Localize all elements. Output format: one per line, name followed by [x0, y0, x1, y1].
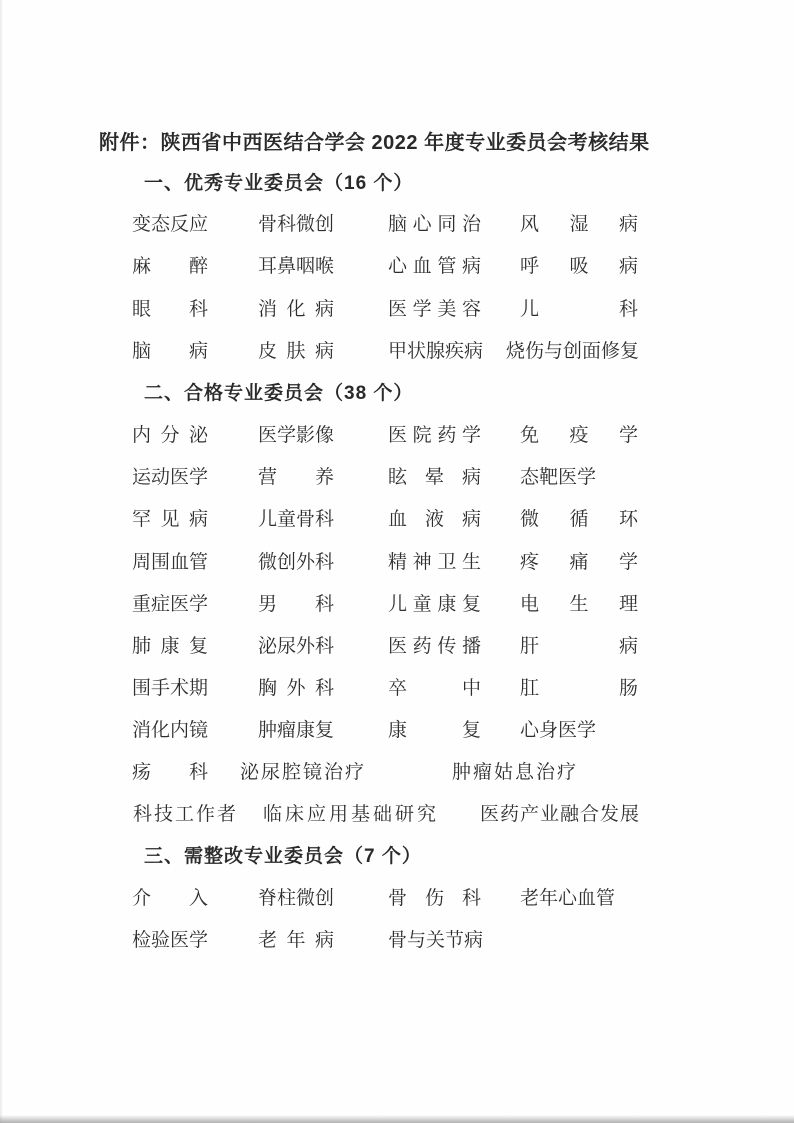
- committee-name: 周围血管: [132, 547, 208, 574]
- committee-name: 骨与关节病: [388, 925, 483, 952]
- document-page: 附件：陕西省中西医结合学会 2022 年度专业委员会考核结果 一、优秀专业委员会…: [0, 0, 794, 1123]
- section-heading-qualified: 二、合格专业委员会（38 个）: [144, 378, 764, 404]
- committee-name: 肿瘤康复: [258, 715, 334, 742]
- committee-name: 微循环: [520, 504, 638, 531]
- committee-name: 脑心同治: [388, 209, 481, 236]
- committee-name: 老年病: [258, 925, 334, 952]
- table-row: 内分泌 医学影像 医院药学 免疫学: [0, 420, 794, 446]
- committee-name: 心身医学: [520, 715, 596, 742]
- committee-name: 肿瘤姑息治疗: [452, 757, 578, 784]
- committee-name: 儿童骨科: [258, 504, 334, 531]
- scan-edge-artifact: [0, 1115, 794, 1123]
- table-row: 消化内镜 肿瘤康复 康复 心身医学: [0, 715, 794, 741]
- committee-name: 眼科: [132, 294, 208, 321]
- committee-name: 临床应用基础研究: [263, 799, 439, 826]
- table-row: 脑病 皮肤病 甲状腺疾病 烧伤与创面修复: [0, 336, 794, 362]
- committee-name: 男科: [258, 589, 334, 616]
- committee-name: 变态反应: [132, 209, 208, 236]
- committee-name: 儿童康复: [388, 589, 481, 616]
- committee-name: 重症医学: [132, 589, 208, 616]
- committee-name: 胸外科: [258, 673, 334, 700]
- committee-name: 介入: [132, 883, 208, 910]
- committee-name: 免疫学: [520, 420, 638, 447]
- committee-name: 泌尿外科: [258, 631, 334, 658]
- scan-edge-artifact: [0, 0, 3, 1123]
- table-row: 麻醉 耳鼻咽喉 心血管病 呼吸病: [0, 251, 794, 277]
- committee-name: 卒中: [388, 673, 481, 700]
- table-row: 罕见病 儿童骨科 血液病 微循环: [0, 504, 794, 530]
- committee-name: 医院药学: [388, 420, 481, 447]
- table-row: 运动医学 营养 眩晕病 态靶医学: [0, 462, 794, 488]
- committee-name: 微创外科: [258, 547, 334, 574]
- table-row: 眼科 消化病 医学美容 儿科: [0, 294, 794, 320]
- committee-name: 医药产业融合发展: [480, 799, 640, 826]
- committee-name: 医药传播: [388, 631, 481, 658]
- table-row: 重症医学 男科 儿童康复 电生理: [0, 589, 794, 615]
- committee-name: 风湿病: [520, 209, 638, 236]
- committee-name: 麻醉: [132, 251, 208, 278]
- committee-name: 医学影像: [258, 420, 334, 447]
- table-row: 肺康复 泌尿外科 医药传播 肝病: [0, 631, 794, 657]
- committee-name: 泌尿腔镜治疗: [240, 757, 366, 784]
- committee-name: 精神卫生: [388, 547, 481, 574]
- committee-name: 肺康复: [132, 631, 208, 658]
- page-title: 附件：陕西省中西医结合学会 2022 年度专业委员会考核结果: [99, 126, 759, 152]
- committee-name: 脊柱微创: [258, 883, 334, 910]
- table-row: 变态反应 骨科微创 脑心同治 风湿病: [0, 209, 794, 235]
- committee-name: 态靶医学: [520, 462, 596, 489]
- committee-name: 脑病: [132, 336, 208, 363]
- committee-name: 骨伤科: [388, 883, 481, 910]
- committee-name: 围手术期: [132, 673, 208, 700]
- table-row: 周围血管 微创外科 精神卫生 疼痛学: [0, 547, 794, 573]
- committee-name: 科技工作者: [133, 799, 238, 826]
- committee-name: 肛肠: [520, 673, 638, 700]
- committee-name: 耳鼻咽喉: [258, 251, 334, 278]
- committee-name: 消化内镜: [132, 715, 208, 742]
- committee-name: 电生理: [520, 589, 638, 616]
- committee-name: 老年心血管: [520, 883, 615, 910]
- committee-name: 罕见病: [132, 504, 208, 531]
- committee-name: 骨科微创: [258, 209, 334, 236]
- committee-name: 呼吸病: [520, 251, 638, 278]
- table-row: 检验医学 老年病 骨与关节病: [0, 925, 794, 951]
- committee-name: 内分泌: [132, 420, 208, 447]
- committee-name: 肝病: [520, 631, 638, 658]
- committee-name: 心血管病: [388, 251, 481, 278]
- committee-name: 甲状腺疾病: [388, 336, 483, 363]
- committee-name: 疡科: [132, 757, 208, 784]
- table-row: 疡科 泌尿腔镜治疗 肿瘤姑息治疗: [0, 757, 794, 783]
- committee-name: 运动医学: [132, 462, 208, 489]
- table-row: 科技工作者 临床应用基础研究 医药产业融合发展: [0, 799, 794, 825]
- committee-name: 医学美容: [388, 294, 481, 321]
- section-heading-excellent: 一、优秀专业委员会（16 个）: [144, 168, 764, 194]
- table-row: 围手术期 胸外科 卒中 肛肠: [0, 673, 794, 699]
- committee-name: 眩晕病: [388, 462, 481, 489]
- committee-name: 消化病: [258, 294, 334, 321]
- committee-name: 疼痛学: [520, 547, 638, 574]
- committee-name: 检验医学: [132, 925, 208, 952]
- committee-name: 康复: [388, 715, 481, 742]
- committee-name: 皮肤病: [258, 336, 334, 363]
- table-row: 介入 脊柱微创 骨伤科 老年心血管: [0, 883, 794, 909]
- committee-name: 血液病: [388, 504, 481, 531]
- committee-name: 儿科: [520, 294, 638, 321]
- committee-name: 烧伤与创面修复: [506, 336, 639, 363]
- committee-name: 营养: [258, 462, 334, 489]
- section-heading-needs-improvement: 三、需整改专业委员会（7 个）: [144, 841, 764, 867]
